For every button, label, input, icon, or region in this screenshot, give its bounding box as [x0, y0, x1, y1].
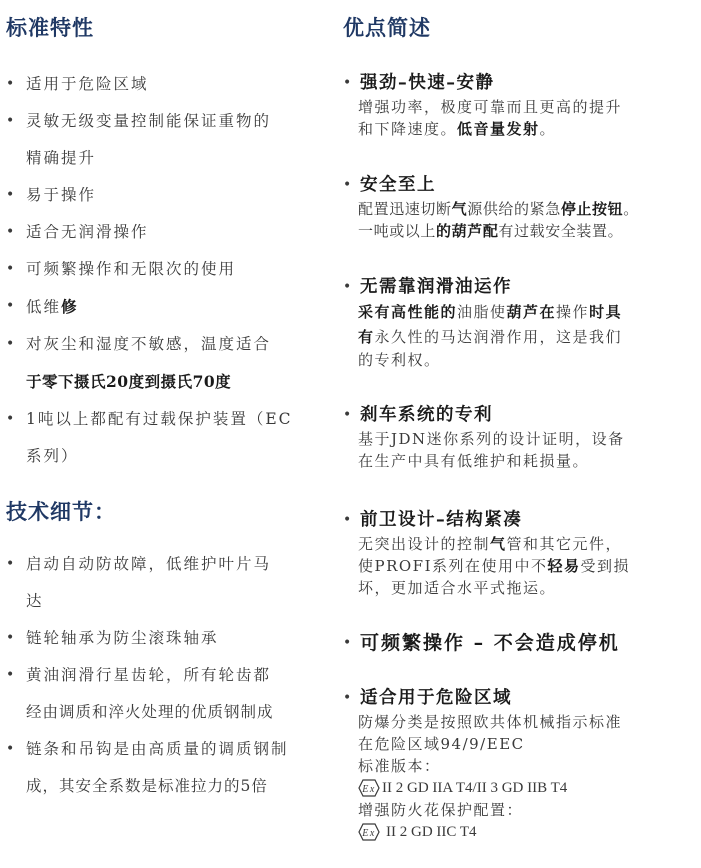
list-item: •易于操作	[6, 177, 336, 214]
advantage-title: 无需靠润滑油运作	[343, 274, 701, 300]
bullet-icon: •	[6, 657, 16, 694]
ex-atex-icon: Ex	[358, 779, 380, 797]
advantage-block-design: • 前卫设计–结构紧凑 无突出设计的控制气管和其它元件， 使PROFI系列在使用…	[343, 507, 701, 599]
technical-details-list: •启动自动防故障，低维护叶片马达 •链轮轴承为防尘滚珠轴承 •黄油润滑行星齿轮，…	[6, 546, 336, 805]
advantage-body: 配置迅速切断气源供给的紧急停止按钮。 一吨或以上的葫芦配有过载安全装置。	[343, 198, 701, 242]
list-item: •链轮轴承为防尘滚珠轴承	[6, 620, 336, 657]
bullet-icon: •	[6, 546, 16, 583]
advantage-body: 增强功率，极度可靠而且更高的提升 和下降速度。低音量发射。	[343, 96, 701, 140]
advantage-body: 无突出设计的控制气管和其它元件， 使PROFI系列在使用中不轻易受到损 坏，更加…	[343, 533, 701, 599]
list-item: •对灰尘和湿度不敏感，温度适合于零下摄氏20度到摄氏70度	[6, 326, 336, 401]
bullet-icon: •	[343, 507, 351, 533]
bullet-icon: •	[343, 274, 351, 300]
bullet-icon: •	[6, 66, 16, 103]
svg-text:Ex: Ex	[361, 784, 376, 795]
bullet-icon: •	[343, 70, 351, 96]
advantage-block-safety: • 安全至上 配置迅速切断气源供给的紧急停止按钮。 一吨或以上的葫芦配有过载安全…	[343, 172, 701, 242]
list-item: •适用于危险区域	[6, 66, 336, 103]
bullet-icon: •	[6, 620, 16, 657]
advantage-block-frequent-operation: • 可频繁操作 – 不会造成停机	[343, 630, 701, 656]
advantage-body: 采有高性能的油脂使葫芦在操作时具 有永久性的马达润滑作用，这是我们 的专利权。	[343, 300, 701, 370]
list-item: •低维修	[6, 288, 336, 326]
advantage-title: 适合用于危险区域	[343, 685, 701, 711]
ex-atex-icon: Ex	[358, 823, 380, 841]
bullet-icon: •	[6, 401, 16, 438]
bullet-icon: •	[6, 214, 16, 251]
list-item: •黄油润滑行星齿轮，所有轮齿都经由调质和淬火处理的优质钢制成	[6, 657, 336, 731]
advantage-block-brake: • 刹车系统的专利 基于JDN迷你系列的设计证明，设备 在生产中具有低维护和耗损…	[343, 402, 701, 472]
advantage-title: 强劲–快速–安静	[343, 70, 701, 96]
bullet-icon: •	[343, 630, 351, 656]
advantage-block-hazardous-areas: • 适合用于危险区域 防爆分类是按照欧共体机械指示标准 在危险区域94/9/EE…	[343, 685, 701, 843]
bullet-icon: •	[6, 288, 16, 325]
list-item: •可频繁操作和无限次的使用	[6, 251, 336, 288]
ex-enhanced-rating: Ex II 2 GD IIC T4	[358, 821, 701, 843]
advantage-title: 前卫设计–结构紧凑	[343, 507, 701, 533]
advantage-title: 安全至上	[343, 172, 701, 198]
advantages-heading: 优点简述	[343, 12, 431, 42]
list-item: •链条和吊钩是由高质量的调质钢制成，其安全系数是标准拉力的5倍	[6, 731, 336, 805]
advantage-body: 防爆分类是按照欧共体机械指示标准 在危险区域94/9/EEC 标准版本： Ex …	[343, 711, 701, 843]
bullet-icon: •	[343, 402, 351, 428]
list-item: •启动自动防故障，低维护叶片马达	[6, 546, 336, 620]
list-item: •适合无润滑操作	[6, 214, 336, 251]
advantage-title: 可频繁操作 – 不会造成停机	[343, 630, 701, 656]
technical-details-heading: 技术细节：	[6, 496, 116, 526]
standard-features-heading: 标准特性	[6, 12, 94, 42]
bullet-icon: •	[6, 731, 16, 768]
bullet-icon: •	[343, 172, 351, 198]
advantage-block-power: • 强劲–快速–安静 增强功率，极度可靠而且更高的提升 和下降速度。低音量发射。	[343, 70, 701, 140]
advantage-title: 刹车系统的专利	[343, 402, 701, 428]
ex-standard-rating: Ex II 2 GD IIA T4/II 3 GD IIB T4	[358, 777, 701, 799]
standard-features-list: •适用于危险区域 •灵敏无级变量控制能保证重物的精确提升 •易于操作 •适合无润…	[6, 66, 336, 475]
list-item: •1吨以上都配有过载保护装置（EC系列）	[6, 401, 336, 475]
list-item: •灵敏无级变量控制能保证重物的精确提升	[6, 103, 336, 177]
bullet-icon: •	[6, 251, 16, 288]
bullet-icon: •	[343, 685, 351, 711]
advantage-block-lubrication: • 无需靠润滑油运作 采有高性能的油脂使葫芦在操作时具 有永久性的马达润滑作用，…	[343, 274, 701, 370]
bullet-icon: •	[6, 326, 16, 363]
bullet-icon: •	[6, 103, 16, 140]
svg-text:Ex: Ex	[361, 828, 376, 839]
advantage-body: 基于JDN迷你系列的设计证明，设备 在生产中具有低维护和耗损量。	[343, 428, 701, 472]
bullet-icon: •	[6, 177, 16, 214]
